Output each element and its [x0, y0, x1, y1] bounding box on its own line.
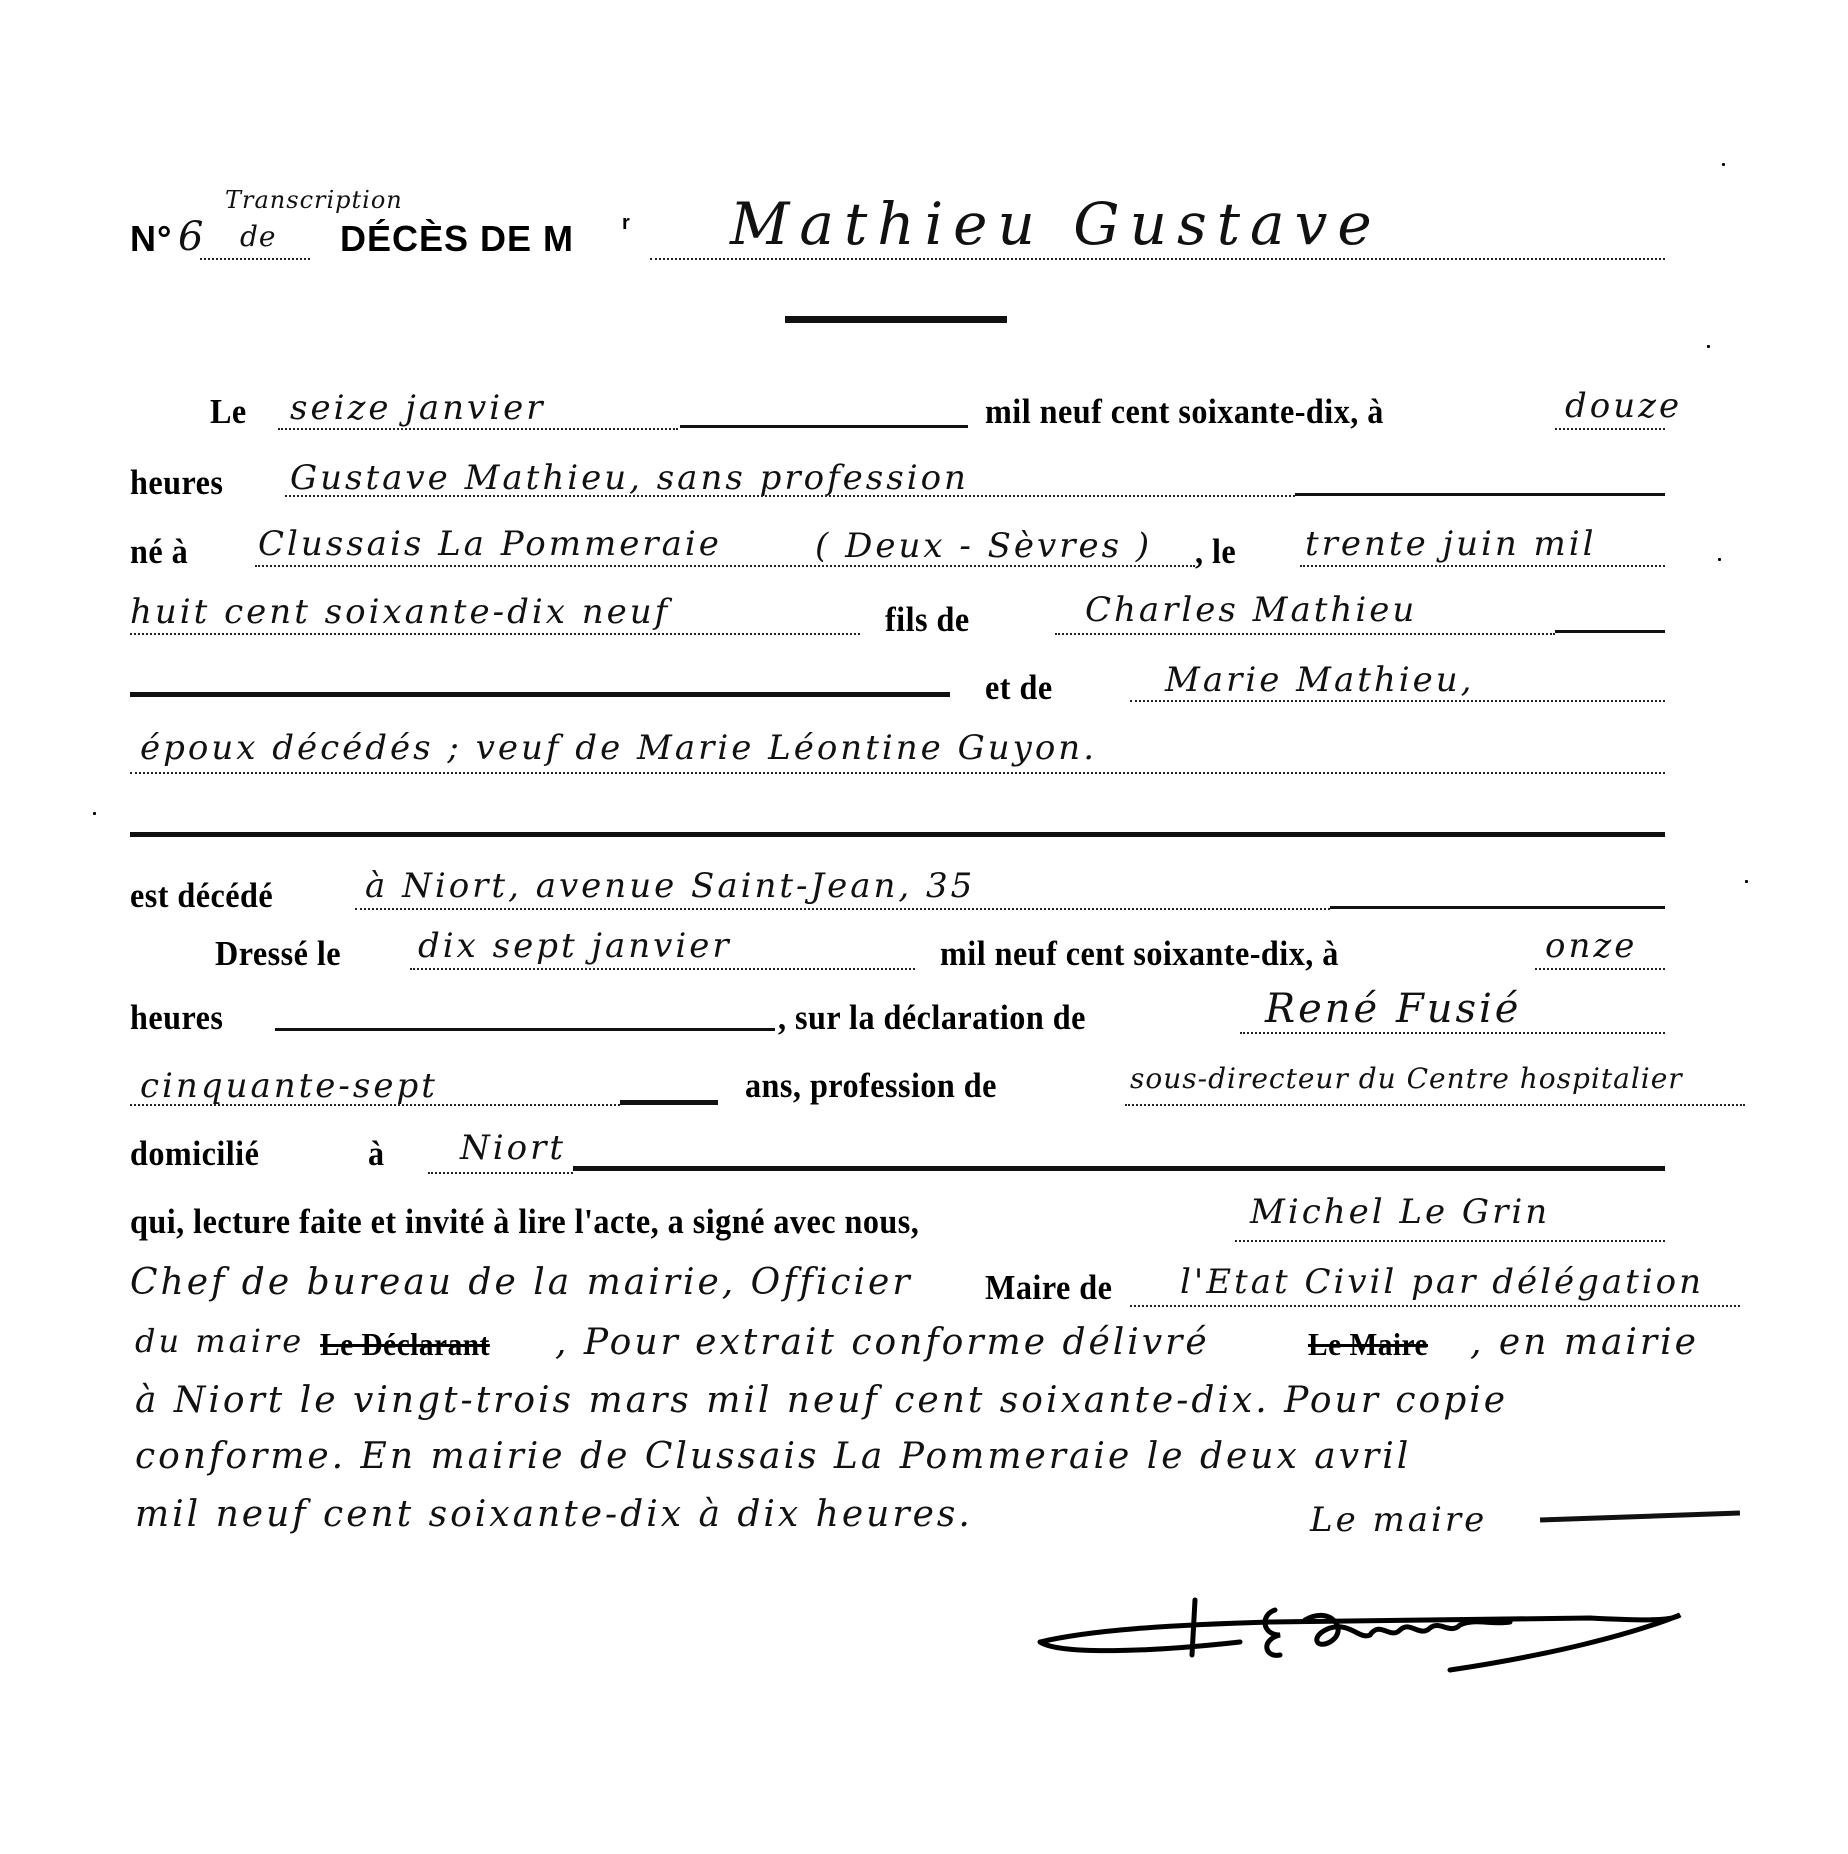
underline — [1125, 1104, 1745, 1106]
speck — [1745, 880, 1748, 883]
blank-line — [1555, 630, 1665, 633]
underline — [1300, 565, 1665, 567]
value-declarant-residence: Niort — [460, 1128, 566, 1168]
value-death-place: à Niort, avenue Saint-Jean, 35 — [365, 866, 975, 906]
de-note: de — [240, 220, 277, 253]
label-et-de: et de — [985, 668, 1053, 708]
label-fils-de: fils de — [885, 600, 970, 640]
value-drawn-hour: onze — [1545, 926, 1637, 966]
value-birth-department: ( Deux - Sèvres ) — [815, 526, 1152, 566]
value-name-profession: Gustave Mathieu, sans profession — [290, 458, 969, 498]
value-birth-place: Clussais La Pommeraie — [258, 524, 722, 564]
blank-line — [1295, 493, 1665, 496]
label-declaration-de: , sur la déclaration de — [778, 998, 1086, 1038]
underline — [1130, 700, 1665, 702]
value-officer-title: Chef de bureau de la mairie, Officier — [130, 1262, 913, 1303]
value-extract-date: à Niort le vingt-trois mars mil neuf cen… — [135, 1380, 1508, 1421]
value-du-maire: du maire — [135, 1322, 304, 1360]
value-copy-time: mil neuf cent soixante-dix à dix heures. — [135, 1494, 973, 1535]
value-declarant-profession: sous-directeur du Centre hospitalier — [1130, 1062, 1683, 1095]
signature-dash — [1540, 1511, 1740, 1523]
label-le-maire: Le maire — [1310, 1500, 1487, 1540]
value-birth-date: trente juin mil — [1305, 524, 1597, 564]
title-suffix: r — [622, 212, 631, 235]
blank-line — [680, 425, 968, 428]
transcription-note: Transcription — [225, 186, 403, 214]
number-underline — [200, 258, 310, 260]
label-est-decede: est décédé — [130, 876, 273, 916]
underline — [1555, 428, 1665, 430]
underline — [355, 908, 1330, 910]
blank-line — [130, 692, 950, 697]
value-death-date: seize janvier — [290, 388, 545, 428]
name-underline — [650, 258, 1665, 260]
label-signature-clause: qui, lecture faite et invité à lire l'ac… — [130, 1202, 919, 1242]
value-declarant-age: cinquante-sept — [140, 1066, 438, 1106]
label-year: mil neuf cent soixante-dix, à — [940, 934, 1339, 974]
speck — [1722, 163, 1725, 166]
blank-line — [1330, 906, 1665, 909]
underline — [130, 633, 860, 635]
number-value: 6 — [178, 214, 206, 260]
value-copy-place-date: conforme. En mairie de Clussais La Pomme… — [135, 1436, 1411, 1477]
struck-label-maire: Le Maire — [1308, 1326, 1428, 1363]
blank-line — [620, 1100, 718, 1105]
value-declarant: René Fusié — [1265, 986, 1521, 1032]
deceased-name: Mathieu Gustave — [730, 190, 1382, 258]
label-le: , le — [1195, 532, 1236, 572]
underline — [1055, 633, 1555, 635]
label-heures: heures — [130, 998, 223, 1038]
death-certificate-page: N° 6 Transcription de DÉCÈS DE M r Mathi… — [0, 0, 1848, 1854]
value-marital-status: époux décédés ; veuf de Marie Léontine G… — [140, 728, 1097, 768]
underline — [130, 772, 1665, 774]
value-mother: Marie Mathieu, — [1165, 660, 1474, 700]
blank-line — [573, 1166, 1665, 1171]
blank-line — [130, 832, 1665, 837]
underline — [1130, 1305, 1740, 1307]
value-father: Charles Mathieu — [1085, 590, 1417, 630]
label-maire-de: Maire de — [985, 1268, 1112, 1308]
value-officer: Michel Le Grin — [1250, 1192, 1550, 1232]
underline — [278, 428, 678, 430]
underline — [1235, 1240, 1665, 1242]
value-drawn-date: dix sept janvier — [418, 926, 732, 966]
label-profession: ans, profession de — [745, 1066, 997, 1106]
underline — [285, 495, 1295, 497]
speck — [93, 812, 96, 815]
document-title: DÉCÈS DE M — [340, 218, 574, 260]
label-a: à — [368, 1134, 385, 1174]
label-heures: heures — [130, 463, 223, 503]
underline — [428, 1172, 573, 1174]
underline — [130, 1104, 620, 1106]
speck — [1707, 345, 1710, 348]
number-label: N° — [130, 218, 172, 260]
label-dresse-le: Dressé le — [215, 934, 341, 974]
label-domicilie: domicilié — [130, 1134, 259, 1174]
label-ne-a: né à — [130, 532, 188, 572]
label-le: Le — [210, 392, 247, 432]
underline — [1535, 968, 1665, 970]
blank-line — [275, 1028, 775, 1031]
underline — [1240, 1032, 1665, 1034]
underline — [410, 968, 915, 970]
struck-label-declarant: Le Déclarant — [320, 1326, 490, 1363]
value-delegation: l'Etat Civil par délégation — [1180, 1262, 1704, 1302]
header-rule — [785, 316, 1007, 323]
value-en-mairie: , en mairie — [1470, 1322, 1699, 1363]
speck — [1718, 558, 1721, 561]
label-year: mil neuf cent soixante-dix, à — [985, 392, 1384, 432]
value-death-hour: douze — [1565, 386, 1682, 426]
mayor-signature — [1030, 1580, 1690, 1690]
value-extrait-conforme: , Pour extrait conforme délivré — [555, 1322, 1210, 1363]
value-birth-year: huit cent soixante-dix neuf — [130, 592, 670, 632]
underline — [255, 565, 1195, 567]
